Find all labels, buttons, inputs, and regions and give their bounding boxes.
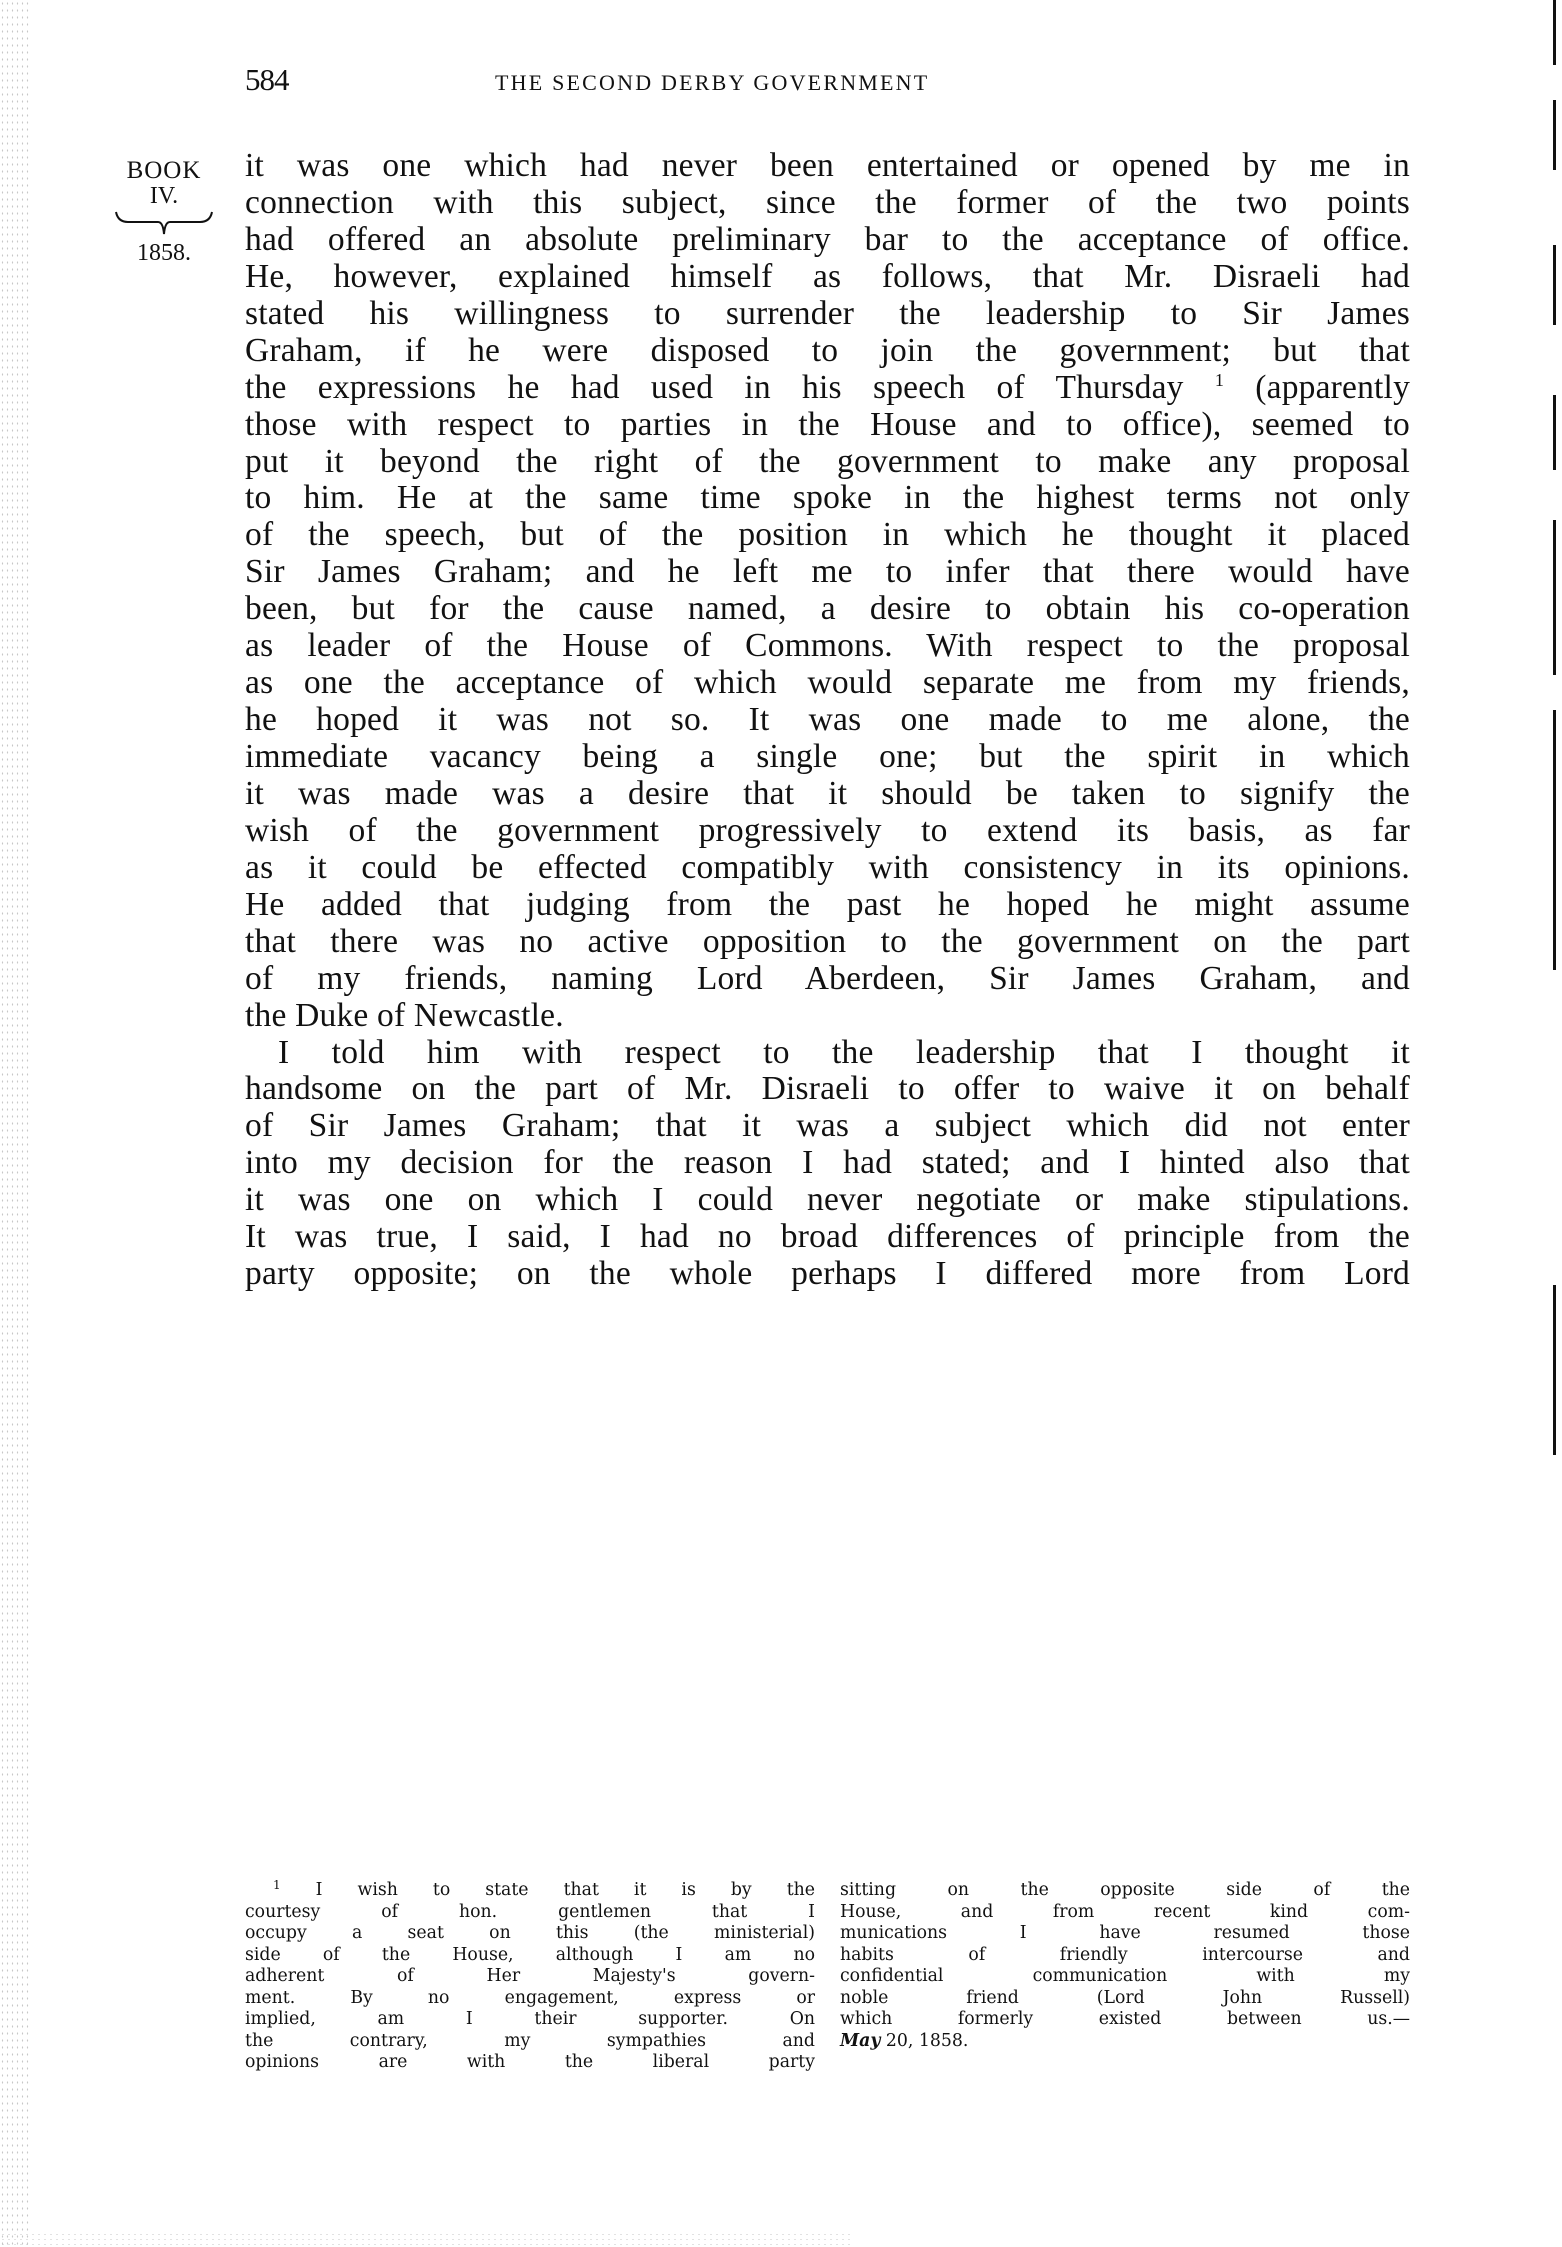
text-line: of the speech, but of the position in wh… [245,517,1410,554]
footnote-line: House, and from recent kind com- [840,1902,1410,1924]
margin-note: BOOK IV. 1858. [104,158,224,266]
footnote-line: confidential communication with my [840,1966,1410,1988]
footnote-line: courtesy of hon. gentlemen that I [245,1902,815,1924]
footnote-text: I wish to state that it is by the [316,1880,815,1900]
text-line: into my decision for the reason I had st… [245,1145,1410,1182]
footnote-line: habits of friendly intercourse and [840,1945,1410,1967]
text-line: stated his willingness to surrender the … [245,296,1410,333]
text-line: Sir James Graham; and he left me to infe… [245,554,1410,591]
footnote-line: implied, am I their supporter. On [245,2009,815,2031]
text-line: handsome on the part of Mr. Disraeli to … [245,1071,1410,1108]
footnote-line: adherent of Her Majesty's govern- [245,1966,815,1988]
text-line: been, but for the cause named, a desire … [245,591,1410,628]
text-segment: (apparently [1255,369,1410,406]
footnote-line: munications I have resumed those [840,1923,1410,1945]
text-line: those with respect to parties in the Hou… [245,407,1410,444]
footnote-date-rest: 20, 1858. [880,2031,968,2051]
scan-edge-noise-bottom [0,2232,850,2246]
running-head: 584 THE SECOND DERBY GOVERNMENT [245,62,1410,102]
page-number: 584 [245,62,289,98]
text-line: to him. He at the same time spoke in the… [245,480,1410,517]
text-line: it was made was a desire that it should … [245,776,1410,813]
text-line: immediate vacancy being a single one; bu… [245,739,1410,776]
paragraph-end-line: the Duke of Newcastle. [245,998,1410,1035]
paragraph-start-line: I told him with respect to the leadershi… [245,1035,1410,1072]
text-line: it was one which had never been entertai… [245,148,1410,185]
text-line: He, however, explained himself as follow… [245,259,1410,296]
brace-icon [114,210,214,236]
scan-edge-line [1553,100,1556,170]
footnote-date: May 20, 1858. [840,2031,1410,2053]
margin-book-label: BOOK [104,158,224,184]
text-line: he hoped it was not so. It was one made … [245,702,1410,739]
scan-edge-line [1553,1285,1556,1455]
text-line: as it could be effected compatibly with … [245,850,1410,887]
scan-edge-line [1553,710,1556,970]
text-line: as one the acceptance of which would sep… [245,665,1410,702]
footnote-column-left: 1 I wish to state that it is by the cour… [245,1880,815,2074]
scan-edge-noise [0,0,30,2247]
footnote-line: noble friend (Lord John Russell) [840,1988,1410,2010]
footnote-line: ment. By no engagement, express or [245,1988,815,2010]
footnote-line: the contrary, my sympathies and [245,2031,815,2053]
footnote-marker: 1 [273,1878,281,1892]
text-line: party opposite; on the whole perhaps I d… [245,1256,1410,1293]
footnote-line: side of the House, although I am no [245,1945,815,1967]
text-line: He added that judging from the past he h… [245,887,1410,924]
footnote-date-month: May [840,2031,880,2051]
text-line: It was true, I said, I had no broad diff… [245,1219,1410,1256]
footnote-line: occupy a seat on this (the ministerial) [245,1923,815,1945]
text-line: Graham, if he were disposed to join the … [245,333,1410,370]
scan-edge-line [1553,395,1556,470]
text-line: wish of the government progressively to … [245,813,1410,850]
footnote-line: 1 I wish to state that it is by the [245,1880,815,1902]
scan-edge-line [1553,520,1556,675]
text-line: connection with this subject, since the … [245,185,1410,222]
text-line: that there was no active opposition to t… [245,924,1410,961]
text-line: of Sir James Graham; that it was a subje… [245,1108,1410,1145]
running-title: THE SECOND DERBY GOVERNMENT [495,70,929,96]
footnote-line: opinions are with the liberal party [245,2052,815,2074]
scan-edge-line [1553,0,1556,65]
text-segment: the expressions he had used in his speec… [245,369,1184,406]
footnote-reference[interactable]: 1 [1215,370,1224,390]
body-text: it was one which had never been entertai… [245,148,1410,1293]
text-line: it was one on which I could never negoti… [245,1182,1410,1219]
footnote-line: which formerly existed between us.— [840,2009,1410,2031]
footnote-column-right: sitting on the opposite side of the Hous… [840,1880,1410,2052]
margin-volume-label: IV. [104,184,224,208]
text-line-with-footnote: the expressions he had used in his speec… [245,370,1410,407]
footnote-line: sitting on the opposite side of the [840,1880,1410,1902]
text-line: had offered an absolute preliminary bar … [245,222,1410,259]
text-line: put it beyond the right of the governmen… [245,444,1410,481]
text-line: as leader of the House of Commons. With … [245,628,1410,665]
text-line: of my friends, naming Lord Aberdeen, Sir… [245,961,1410,998]
margin-year-label: 1858. [104,240,224,266]
scan-edge-line [1553,245,1556,325]
